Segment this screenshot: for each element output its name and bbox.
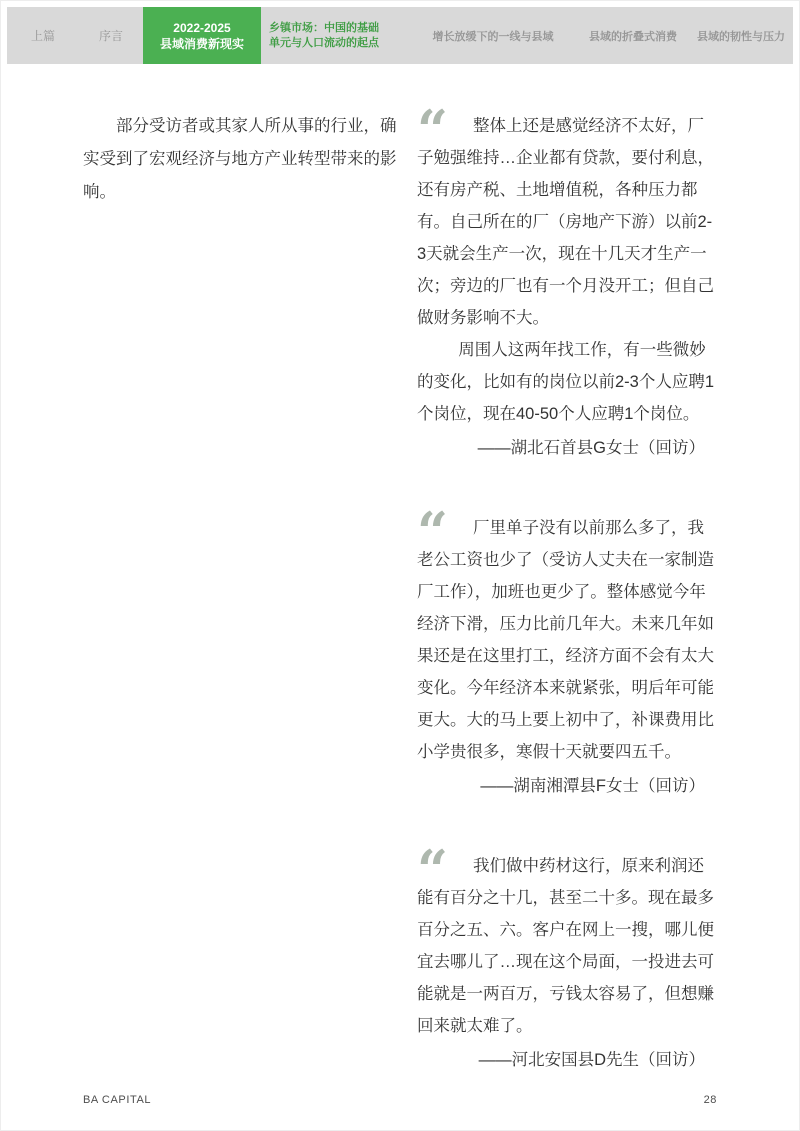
- active-chapter-title: 县域消费新现实: [160, 36, 244, 52]
- quote-block-1: “ 整体上还是感觉经济不太好，厂子勉强维持…企业都有贷款，要付利息，还有房产税、…: [417, 110, 715, 464]
- current-section-line2: 单元与人口流动的起点: [269, 36, 379, 51]
- quote-attribution: ——湖南湘潭县F女士（回访）: [417, 770, 715, 802]
- current-section-line1: 乡镇市场：中国的基础: [269, 21, 379, 36]
- quotes-column: “ 整体上还是感觉经济不太好，厂子勉强维持…企业都有贷款，要付利息，还有房产税、…: [417, 110, 715, 1124]
- quote-attribution: ——河北安国县D先生（回访）: [417, 1044, 715, 1076]
- nav-item-growth-slowdown[interactable]: 增长放缓下的一线与县域: [409, 7, 577, 64]
- active-chapter-years: 2022-2025: [173, 20, 230, 36]
- quote-paragraph: 周围人这两年找工作，有一些微妙的变化，比如有的岗位以前2-3个人应聘1个岗位，现…: [417, 334, 715, 430]
- nav-tab-active-chapter[interactable]: 2022-2025 县域消费新现实: [143, 7, 261, 64]
- quote-paragraph: 厂里单子没有以前那么多了，我老公工资也少了（受访人丈夫在一家制造厂工作），加班也…: [417, 512, 715, 768]
- page-footer: BA CAPITAL 28: [1, 1094, 799, 1106]
- nav-item-preface[interactable]: 序言: [79, 7, 143, 64]
- quote-paragraph: 我们做中药材这行，原来利润还能有百分之十几，甚至二十多。现在最多百分之五、六。客…: [417, 850, 715, 1042]
- quote-icon: “: [417, 103, 445, 157]
- intro-paragraph: 部分受访者或其家人所从事的行业，确实受到了宏观经济与地方产业转型带来的影响。: [83, 110, 397, 209]
- nav-item-folded-consumption[interactable]: 县域的折叠式消费: [577, 7, 689, 64]
- brand-label: BA CAPITAL: [83, 1094, 151, 1106]
- quote-block-2: “ 厂里单子没有以前那么多了，我老公工资也少了（受访人丈夫在一家制造厂工作），加…: [417, 512, 715, 802]
- report-page: 上篇 序言 2022-2025 县域消费新现实 乡镇市场：中国的基础 单元与人口…: [0, 0, 800, 1131]
- nav-item-current-section[interactable]: 乡镇市场：中国的基础 单元与人口流动的起点: [261, 7, 409, 64]
- page-number: 28: [704, 1094, 717, 1106]
- nav-item-resilience-pressure[interactable]: 县域的韧性与压力: [689, 7, 793, 64]
- quote-icon: “: [417, 843, 445, 897]
- intro-column: 部分受访者或其家人所从事的行业，确实受到了宏观经济与地方产业转型带来的影响。: [83, 110, 397, 1124]
- quote-block-3: “ 我们做中药材这行，原来利润还能有百分之十几，甚至二十多。现在最多百分之五、六…: [417, 850, 715, 1076]
- top-nav: 上篇 序言 2022-2025 县域消费新现实 乡镇市场：中国的基础 单元与人口…: [7, 7, 793, 64]
- nav-item-previous-part[interactable]: 上篇: [7, 7, 79, 64]
- quote-attribution: ——湖北石首县G女士（回访）: [417, 432, 715, 464]
- quote-paragraph: 整体上还是感觉经济不太好，厂子勉强维持…企业都有贷款，要付利息，还有房产税、土地…: [417, 110, 715, 334]
- quote-icon: “: [417, 505, 445, 559]
- page-body: 部分受访者或其家人所从事的行业，确实受到了宏观经济与地方产业转型带来的影响。 “…: [1, 64, 799, 1124]
